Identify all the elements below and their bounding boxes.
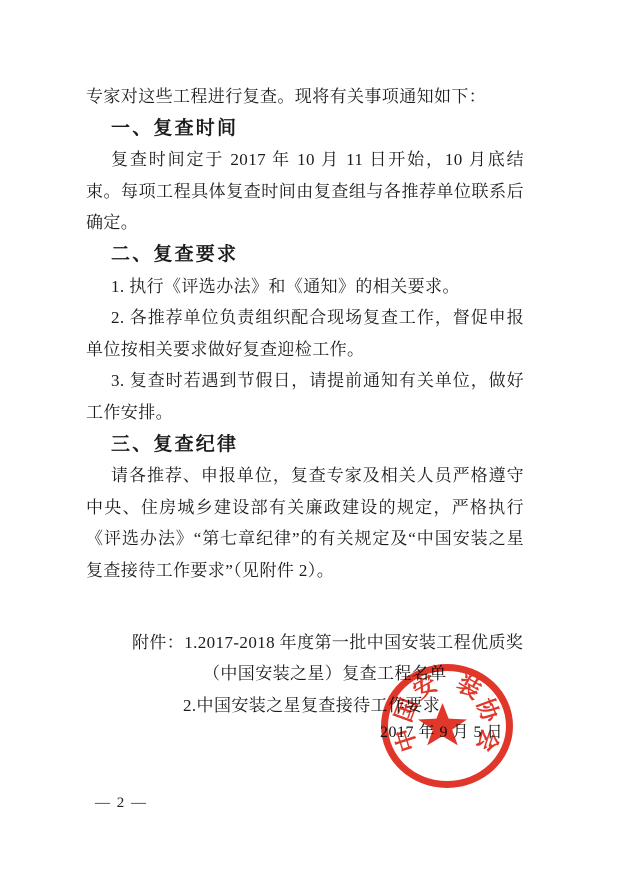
section2-item-2: 2. 各推荐单位负责组织配合现场复查工作，督促申报单位按相关要求做好复查迎检工作… (86, 302, 524, 365)
section2-item-1: 1. 执行《评选办法》和《通知》的相关要求。 (86, 271, 524, 303)
section1-heading: 一、复查时间 (86, 113, 524, 145)
section1-paragraph: 复查时间定于 2017 年 10 月 11 日开始，10 月底结束。每项工程具体… (86, 144, 524, 239)
attachment-item-1: 1.2017-2018 年度第一批中国安装工程优质奖 (184, 633, 523, 652)
intro-paragraph: 专家对这些工程进行复查。现将有关事项通知如下： (86, 81, 524, 113)
section3-heading: 三、复查纪律 (86, 429, 524, 461)
section3-paragraph: 请各推荐、申报单位，复查专家及相关人员严格遵守中央、住房城乡建设部有关廉政建设的… (86, 460, 524, 586)
document-page: 专家对这些工程进行复查。现将有关事项通知如下： 一、复查时间 复查时间定于 20… (0, 0, 620, 870)
page-number: — 2 — (95, 795, 148, 812)
attachments-label: 附件： (132, 633, 184, 652)
section2-heading: 二、复查要求 (86, 239, 524, 271)
attachment-line-1: 附件：1.2017-2018 年度第一批中国安装工程优质奖 (86, 627, 524, 659)
issue-date: 2017 年 9 月 5 日 (380, 719, 503, 742)
section2-item-3: 3. 复查时若遇到节假日，请提前通知有关单位，做好工作安排。 (86, 365, 524, 428)
document-body: 专家对这些工程进行复查。现将有关事项通知如下： 一、复查时间 复查时间定于 20… (86, 81, 524, 721)
